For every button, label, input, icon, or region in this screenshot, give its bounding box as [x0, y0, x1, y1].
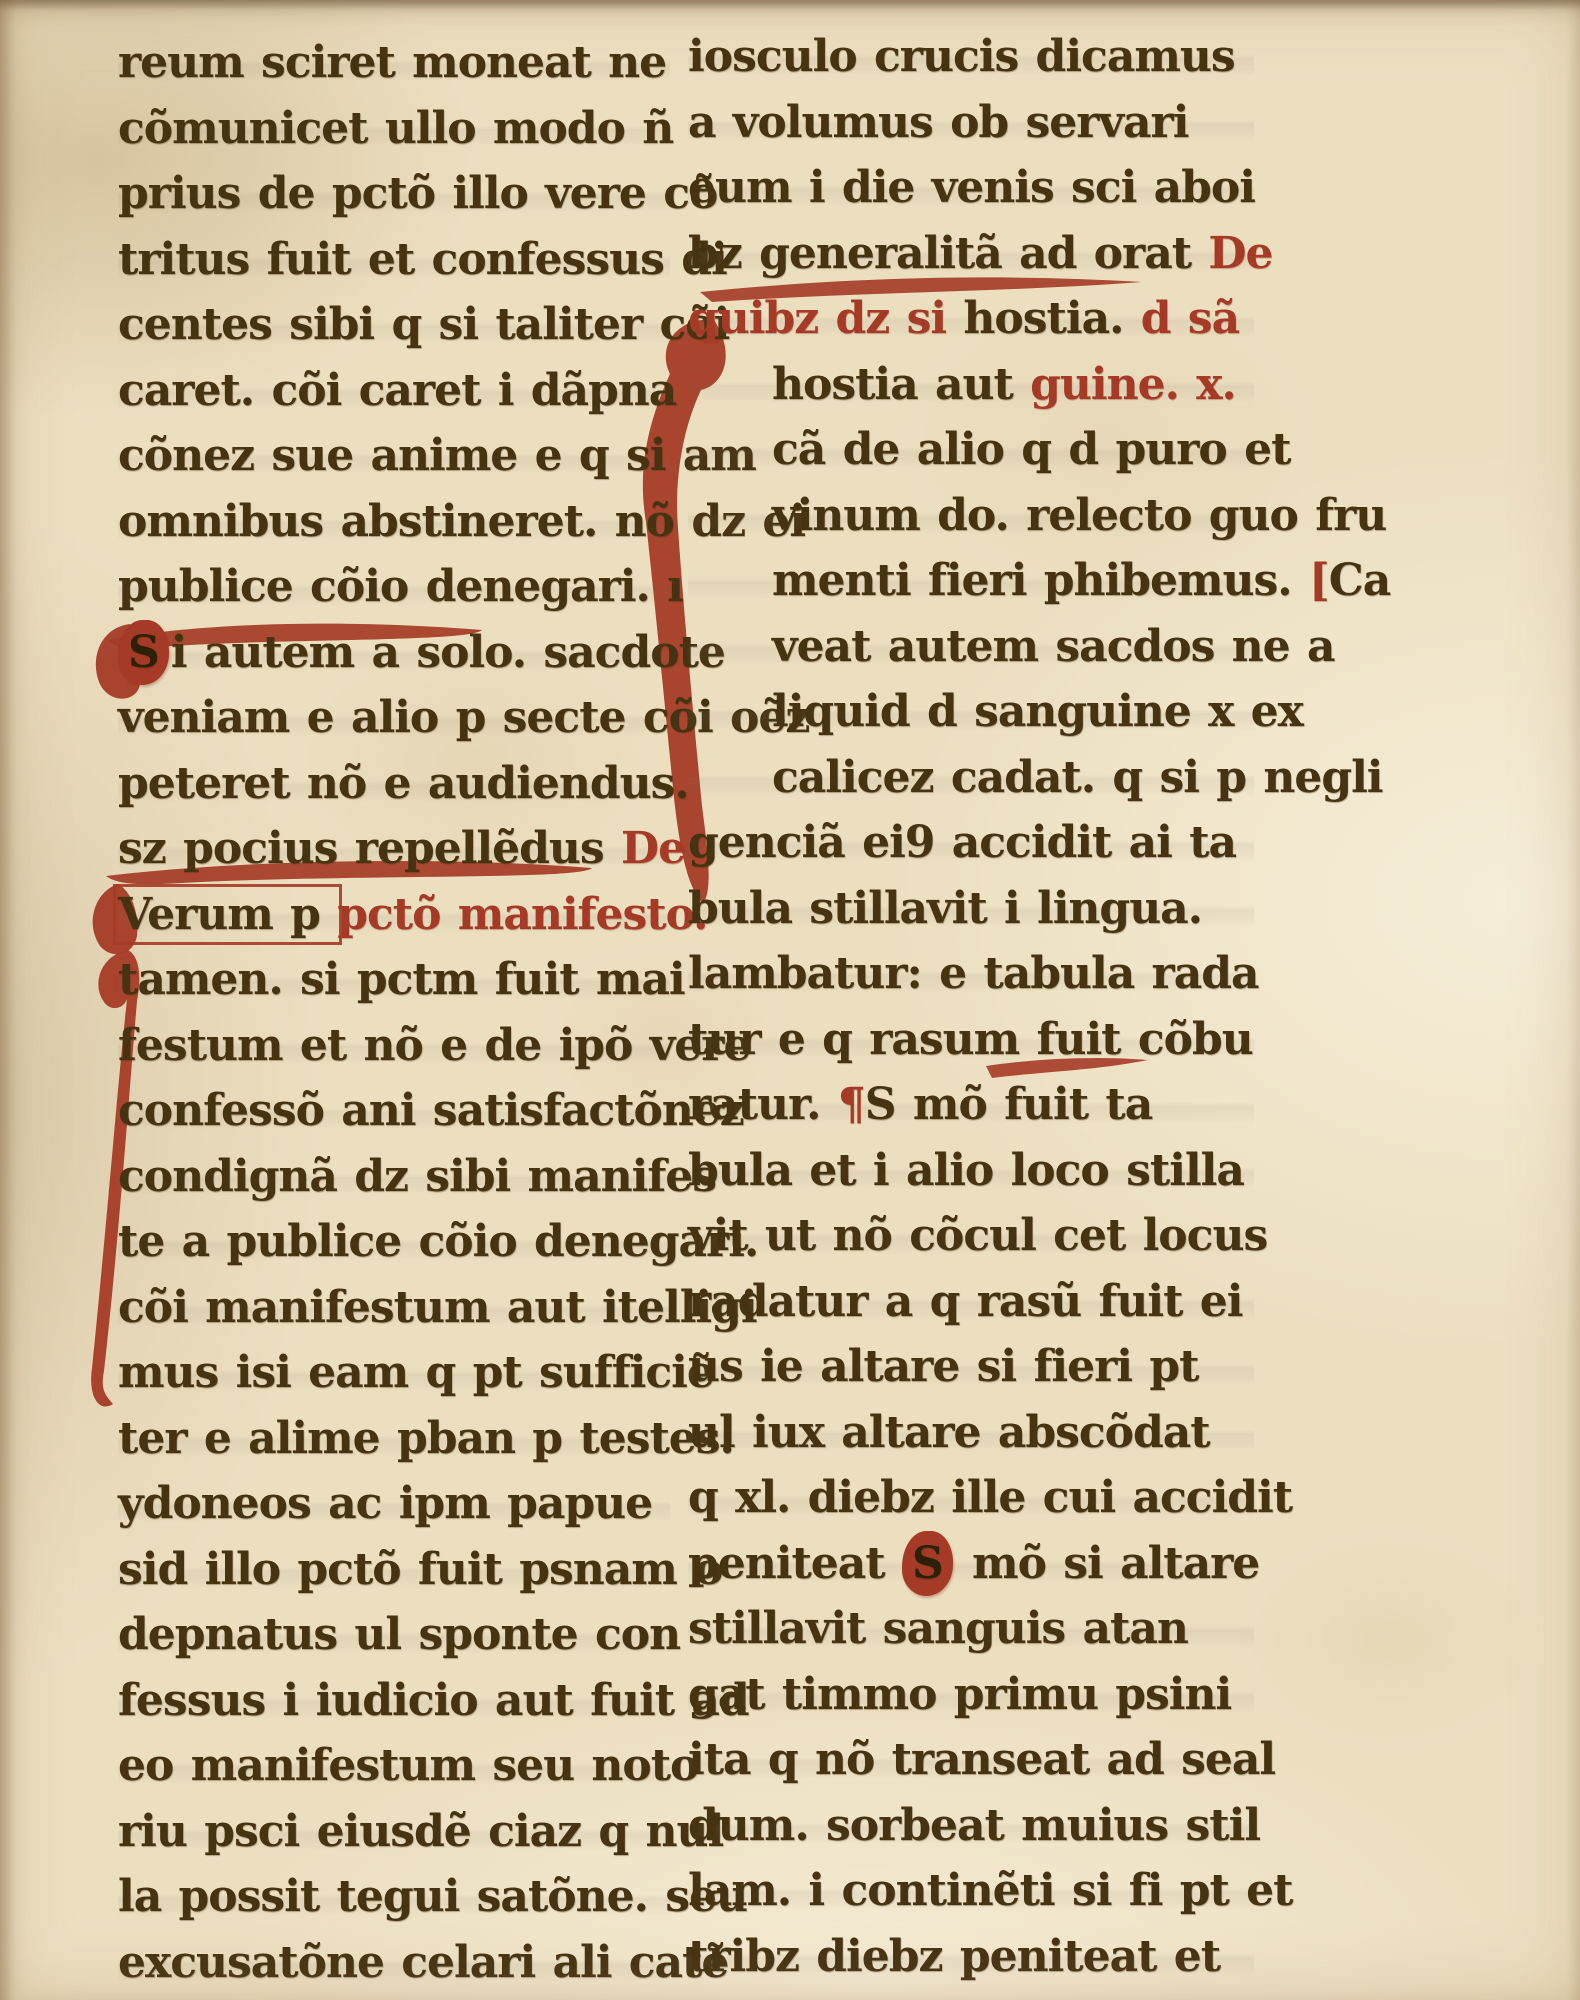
body-text: i autem a solo. sacdote — [171, 627, 725, 678]
text-line: reum sciret moneat ne — [118, 30, 670, 96]
body-text: festum et nõ e de ipõ vere — [118, 1020, 750, 1071]
body-text: condignã dz sibi manifes — [118, 1151, 716, 1202]
body-text: eum i die venis sci aboi — [688, 162, 1255, 213]
text-line: veniam e alio p secte cõi oẽz — [118, 685, 670, 751]
text-line: lam. i continẽti si fi pt et — [688, 1858, 1254, 1924]
text-line: lambatur: e tabula rada — [688, 941, 1254, 1007]
body-text: vit ut nõ cõcul cet locus — [688, 1210, 1267, 1261]
text-line: eum i die venis sci aboi — [688, 155, 1254, 221]
rubric-text: De — [621, 823, 685, 874]
manuscript-page: reum sciret moneat necõmunicet ullo modo… — [0, 0, 1580, 2000]
body-text: sz pocius repellẽdus — [118, 823, 621, 874]
body-text: te a publice cõio denegari. — [118, 1216, 758, 1267]
text-line: fessus i iudicio aut fuit ad — [118, 1668, 670, 1734]
body-text: us ie altare si fieri pt — [688, 1341, 1198, 1392]
body-text: stillavit sanguis atan — [688, 1603, 1188, 1654]
body-text: cõmunicet ullo modo ñ — [118, 103, 673, 154]
rubric-text: ¶ — [838, 1079, 865, 1130]
body-text: q xl. diebz ille cui accidit — [688, 1472, 1292, 1523]
text-line: tritus fuit et confessus di — [118, 227, 670, 293]
body-text: lam. i continẽti si fi pt et — [688, 1865, 1292, 1916]
text-line: sz pocius repellẽdus De — [118, 816, 670, 882]
body-text: iosculo crucis dicamus — [688, 31, 1235, 82]
body-text: tamen. si pctm fuit mai — [118, 954, 685, 1005]
text-line: condignã dz sibi manifes — [118, 1144, 670, 1210]
text-line: tribz diebz peniteat et — [688, 1924, 1254, 1990]
text-line: mus isi eam q pt sufficiẽ — [118, 1340, 670, 1406]
body-text: bula stillavit i lingua. — [688, 883, 1202, 934]
text-line: us ie altare si fieri pt — [688, 1334, 1254, 1400]
body-text: eo manifestum seu noto — [118, 1740, 698, 1791]
body-text: mus isi eam q pt sufficiẽ — [118, 1347, 714, 1398]
body-text: tribz diebz peniteat et — [688, 1931, 1220, 1982]
text-line: tur e q rasum fuit cõbu — [688, 1007, 1254, 1073]
text-line: publice cõio denegari. ı — [118, 554, 670, 620]
body-text: calicez cadat. q si p negli — [772, 752, 1383, 803]
text-line: cã de alio q d puro et — [688, 417, 1254, 483]
text-line: radatur a q rasũ fuit ei — [688, 1269, 1254, 1335]
body-text: peteret nõ e audiendus. — [118, 758, 689, 809]
text-line: quibz dz si hostia. d sã — [688, 286, 1254, 352]
body-text: veat autem sacdos ne a — [772, 621, 1335, 672]
body-text: hostia aut — [772, 359, 1030, 410]
body-text: depnatus ul sponte con — [118, 1609, 680, 1660]
body-text: gat timmo primu psini — [688, 1669, 1231, 1720]
body-text: cõi manifestum aut itelligi — [118, 1282, 757, 1333]
text-line: genciã ei9 accidit ai ta — [688, 810, 1254, 876]
body-text: prius de pctõ illo vere cõ — [118, 168, 717, 219]
text-line: tamen. si pctm fuit mai — [118, 947, 670, 1013]
text-line: centes sibi q si taliter cõi — [118, 292, 670, 358]
text-line: bula stillavit i lingua. — [688, 876, 1254, 942]
text-line: te a publice cõio denegari. — [118, 1209, 670, 1275]
rubric-text: guine. x. — [1030, 359, 1236, 410]
rubricated-initial: S — [902, 1531, 953, 1597]
text-line: cõmunicet ullo modo ñ — [118, 96, 670, 162]
body-text: bula et i alio loco stilla — [688, 1145, 1244, 1196]
body-text: publice cõio denegari. ı — [118, 561, 683, 612]
body-text: riu psci eiusdẽ ciaz q nul — [118, 1806, 723, 1857]
body-text: hostia. — [963, 293, 1123, 344]
text-line: a volumus ob servari — [688, 90, 1254, 156]
body-text: a volumus ob servari — [688, 97, 1188, 148]
body-text: tur e q rasum fuit cõbu — [688, 1014, 1253, 1065]
text-line: ter e alime pban p testes. — [118, 1406, 670, 1472]
text-line: cõi manifestum aut itelligi — [118, 1275, 670, 1341]
text-line: ita q nõ transeat ad seal — [688, 1727, 1254, 1793]
body-text: sid illo pctõ fuit psnam o — [118, 1544, 722, 1595]
text-line: peniteat S mõ si altare — [688, 1531, 1254, 1597]
text-line: la possit tegui satõne. seu — [118, 1864, 670, 1930]
body-text: ydoneos ac ipm papue — [118, 1478, 652, 1529]
rubric-text: quibz dz si — [688, 293, 963, 344]
body-text: ratur. — [688, 1079, 838, 1130]
text-column-left: reum sciret moneat necõmunicet ullo modo… — [118, 30, 670, 1995]
body-text: menti fieri phibemus. — [772, 555, 1309, 606]
text-line: peteret nõ e audiendus. — [118, 751, 670, 817]
text-line: ydoneos ac ipm papue — [118, 1471, 670, 1537]
body-text: ita q nõ transeat ad seal — [688, 1734, 1275, 1785]
text-line: vinum do. relecto guo fru — [688, 483, 1254, 549]
text-line: cõnez sue anime e q si am — [118, 423, 670, 489]
body-text: tritus fuit et confessus di — [118, 234, 727, 285]
text-line: riu psci eiusdẽ ciaz q nul — [118, 1799, 670, 1865]
body-text: dum. sorbeat muius stil — [688, 1800, 1260, 1851]
text-line: veat autem sacdos ne a — [688, 614, 1254, 680]
text-line: Verum p pctõ manifesto. — [118, 882, 670, 948]
body-text: mõ si altare — [955, 1538, 1260, 1589]
body-text: Ca — [1329, 555, 1391, 606]
body-text: Verum p — [118, 889, 337, 940]
rubric-text: De — [1208, 228, 1272, 279]
body-text: fessus i iudicio aut fuit ad — [118, 1675, 749, 1726]
text-line: hostia aut guine. x. — [688, 352, 1254, 418]
body-text: S mõ fuit ta — [865, 1079, 1152, 1130]
body-text: reum sciret moneat ne — [118, 37, 666, 88]
body-text: ul iux altare abscõdat — [688, 1407, 1210, 1458]
text-line: eo manifestum seu noto — [118, 1733, 670, 1799]
text-line: q xl. diebz ille cui accidit — [688, 1465, 1254, 1531]
rubricated-initial: S — [118, 620, 169, 686]
text-line: sid illo pctõ fuit psnam o — [118, 1537, 670, 1603]
text-line: vit ut nõ cõcul cet locus — [688, 1203, 1254, 1269]
text-line: liquid d sanguine x ex — [688, 679, 1254, 745]
body-text: confessõ ani satisfactõnez — [118, 1085, 744, 1136]
body-text: liquid d sanguine x ex — [772, 686, 1303, 737]
text-line: excusatõne celari ali catẽ — [118, 1930, 670, 1996]
text-line: Si autem a solo. sacdote — [118, 620, 670, 686]
body-text: cõnez sue anime e q si am — [118, 430, 756, 481]
text-line: prius de pctõ illo vere cõ — [118, 161, 670, 227]
text-line: ratur. ¶S mõ fuit ta — [688, 1072, 1254, 1138]
body-text: peniteat — [688, 1538, 902, 1589]
body-text: vinum do. relecto guo fru — [772, 490, 1386, 541]
body-text: radatur a q rasũ fuit ei — [688, 1276, 1242, 1327]
text-line: gat timmo primu psini — [688, 1662, 1254, 1728]
text-line: bula et i alio loco stilla — [688, 1138, 1254, 1204]
text-line: omnibus abstineret. nõ dz ei — [118, 489, 670, 555]
text-line: caret. cõi caret i dãpna — [118, 358, 670, 424]
body-text: bz generalitã ad orat — [688, 228, 1208, 279]
text-line: ul iux altare abscõdat — [688, 1400, 1254, 1466]
text-column-right: iosculo crucis dicamusa volumus ob serva… — [688, 24, 1254, 1989]
rubric-text: d sã — [1123, 293, 1239, 344]
body-text: excusatõne celari ali catẽ — [118, 1937, 728, 1988]
body-text: ter e alime pban p testes. — [118, 1413, 734, 1464]
text-line: dum. sorbeat muius stil — [688, 1793, 1254, 1859]
text-line: menti fieri phibemus. [Ca — [688, 548, 1254, 614]
rubric-text: pctõ manifesto. — [337, 889, 707, 940]
body-text: centes sibi q si taliter cõi — [118, 299, 729, 350]
text-line: stillavit sanguis atan — [688, 1596, 1254, 1662]
text-line: festum et nõ e de ipõ vere — [118, 1013, 670, 1079]
text-line: bz generalitã ad orat De — [688, 221, 1254, 287]
text-line: iosculo crucis dicamus — [688, 24, 1254, 90]
body-text: la possit tegui satõne. seu — [118, 1871, 747, 1922]
body-text: lambatur: e tabula rada — [688, 948, 1259, 999]
text-line: calicez cadat. q si p negli — [688, 745, 1254, 811]
body-text: genciã ei9 accidit ai ta — [688, 817, 1236, 868]
text-line: confessõ ani satisfactõnez — [118, 1078, 670, 1144]
body-text: cã de alio q d puro et — [772, 424, 1290, 475]
text-line: depnatus ul sponte con — [118, 1602, 670, 1668]
body-text: caret. cõi caret i dãpna — [118, 365, 676, 416]
rubric-text: [ — [1309, 555, 1329, 606]
